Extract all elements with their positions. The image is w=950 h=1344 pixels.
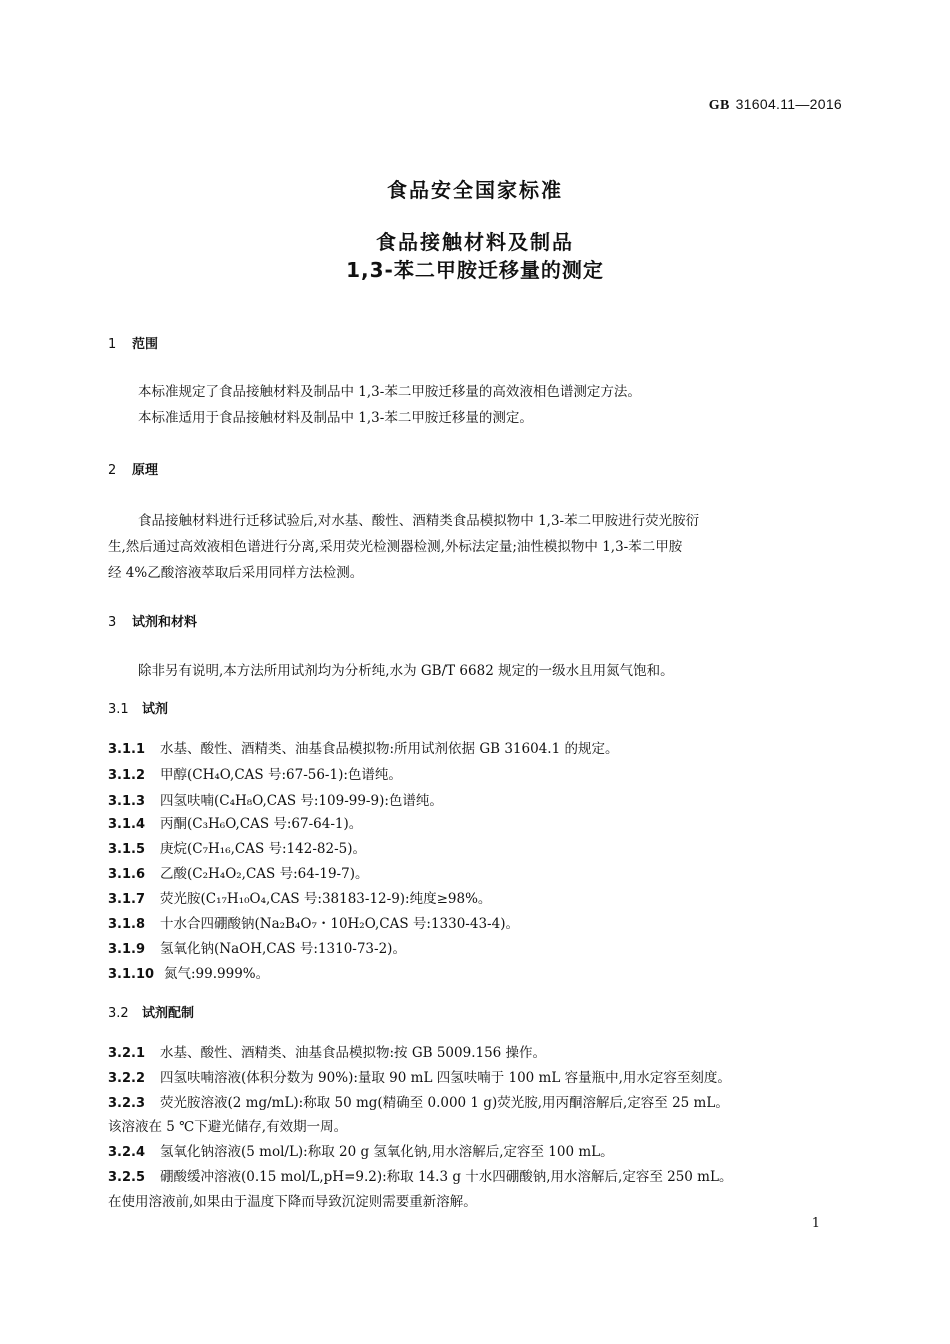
section-heading-reagents-materials: 3试剂和材料 (108, 611, 197, 630)
standard-number: GB31604.11—2016 (709, 96, 842, 114)
reagent-item: 3.1.1水基、酸性、酒精类、油基食品模拟物:所用试剂依据 GB 31604.1… (108, 737, 618, 757)
subsection-heading-reagents: 3.1试剂 (108, 698, 168, 717)
standard-prefix: GB (709, 98, 730, 113)
document-page: GB31604.11—2016 食品安全国家标准 食品接触材料及制品 1,3-苯… (0, 0, 950, 1344)
reagent-item: 3.1.4丙酮(C₃H₆O,CAS 号:67-64-1)。 (108, 812, 362, 832)
preparation-item: 3.2.1水基、酸性、酒精类、油基食品模拟物:按 GB 5009.156 操作。 (108, 1041, 546, 1061)
scope-paragraph-2: 本标准适用于食品接触材料及制品中 1,3-苯二甲胺迁移量的测定。 (138, 406, 533, 426)
principle-line-3: 经 4%乙酸溶液萃取后采用同样方法检测。 (108, 561, 363, 581)
principle-line-2: 生,然后通过高效液相色谱进行分离,采用荧光检测器检测,外标法定量;油性模拟物中 … (108, 535, 682, 555)
document-title-line2: 1,3-苯二甲胺迁移量的测定 (0, 254, 950, 283)
page-number: 1 (812, 1216, 820, 1231)
document-category-title: 食品安全国家标准 (0, 174, 950, 203)
preparation-item: 3.2.4氢氧化钠溶液(5 mol/L):称取 20 g 氢氧化钠,用水溶解后,… (108, 1140, 614, 1160)
reagent-item: 3.1.7荧光胺(C₁₇H₁₀O₄,CAS 号:38183-12-9):纯度≥9… (108, 887, 491, 907)
reagent-item: 3.1.10氮气:99.999%。 (108, 962, 269, 982)
reagent-item: 3.1.3四氢呋喃(C₄H₈O,CAS 号:109-99-9):色谱纯。 (108, 789, 443, 809)
reagent-item: 3.1.6乙酸(C₂H₄O₂,CAS 号:64-19-7)。 (108, 862, 368, 882)
reagent-item: 3.1.2甲醇(CH₄O,CAS 号:67-56-1):色谱纯。 (108, 763, 402, 783)
preparation-item: 3.2.2四氢呋喃溶液(体积分数为 90%):量取 90 mL 四氢呋喃于 10… (108, 1066, 731, 1086)
preparation-item-continuation: 在使用溶液前,如果由于温度下降而导致沉淀则需要重新溶解。 (108, 1190, 477, 1210)
reagent-item: 3.1.9氢氧化钠(NaOH,CAS 号:1310-73-2)。 (108, 937, 406, 957)
preparation-item-continuation: 该溶液在 5 ℃下避光储存,有效期一周。 (108, 1115, 347, 1135)
reagent-item: 3.1.5庚烷(C₇H₁₆,CAS 号:142-82-5)。 (108, 837, 366, 857)
preparation-item: 3.2.5硼酸缓冲溶液(0.15 mol/L,pH=9.2):称取 14.3 g… (108, 1165, 732, 1185)
standard-code: 31604.11—2016 (736, 96, 842, 112)
reagents-intro: 除非另有说明,本方法所用试剂均为分析纯,水为 GB/T 6682 规定的一级水且… (138, 659, 674, 679)
section-heading-scope: 1范围 (108, 333, 158, 352)
subsection-heading-reagent-preparation: 3.2试剂配制 (108, 1002, 194, 1021)
scope-paragraph-1: 本标准规定了食品接触材料及制品中 1,3-苯二甲胺迁移量的高效液相色谱测定方法。 (138, 380, 641, 400)
section-heading-principle: 2原理 (108, 459, 158, 478)
reagent-item: 3.1.8十水合四硼酸钠(Na₂B₄O₇・10H₂O,CAS 号:1330-43… (108, 912, 519, 932)
preparation-item: 3.2.3荧光胺溶液(2 mg/mL):称取 50 mg(精确至 0.000 1… (108, 1091, 729, 1111)
document-title-line1: 食品接触材料及制品 (0, 226, 950, 255)
principle-line-1: 食品接触材料进行迁移试验后,对水基、酸性、酒精类食品模拟物中 1,3-苯二甲胺进… (138, 509, 699, 529)
